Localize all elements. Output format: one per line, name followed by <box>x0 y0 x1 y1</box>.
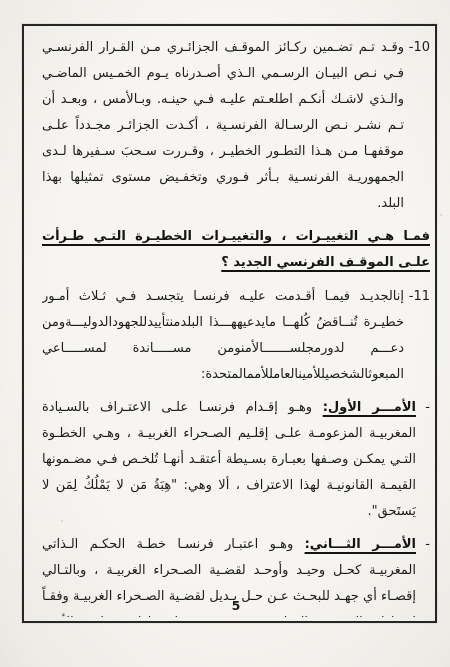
page-number: 5 <box>42 598 430 614</box>
item-number-11: 11- <box>404 284 430 388</box>
question-heading: فمـا هـي التغييـرات ، والتغييـرات الخطيـ… <box>42 224 430 276</box>
numbered-paragraph-11: 11- إنالجديـد فيمـا أقـدمت عليـه فرنسـا … <box>42 284 430 388</box>
page-border-frame: 10- وقـد تـم تضـمين ركـائز الموقـف الجزا… <box>22 24 437 623</box>
scanned-document-page: 10- وقـد تـم تضـمين ركـائز الموقـف الجزا… <box>0 0 450 667</box>
scan-speck <box>440 214 442 216</box>
item-number-10: 10- <box>404 35 430 217</box>
page-content: 10- وقـد تـم تضـمين ركـائز الموقـف الجزا… <box>42 35 430 617</box>
point-first-text: وهـو إقـدام فرنسـا علـى الاعتـراف بالسـي… <box>42 400 416 519</box>
point-second-title: الأمـــر الثـــاني: <box>305 537 416 552</box>
numbered-paragraph-10: 10- وقـد تـم تضـمين ركـائز الموقـف الجزا… <box>42 35 430 217</box>
point-first-paragraph: الأمـــر الأول: وهـو إقـدام فرنسـا علـى … <box>42 395 416 525</box>
paragraph-11-text: إنالجديـد فيمـا أقـدمت عليـه فرنسـا يتجس… <box>42 284 404 388</box>
point-first-title: الأمـــر الأول: <box>323 400 416 415</box>
bullet-point-first: - الأمـــر الأول: وهـو إقـدام فرنسـا علـ… <box>42 395 430 525</box>
dash-bullet-icon: - <box>416 395 430 525</box>
paragraph-10-text: وقـد تـم تضـمين ركـائز الموقـف الجزائـري… <box>42 35 404 217</box>
